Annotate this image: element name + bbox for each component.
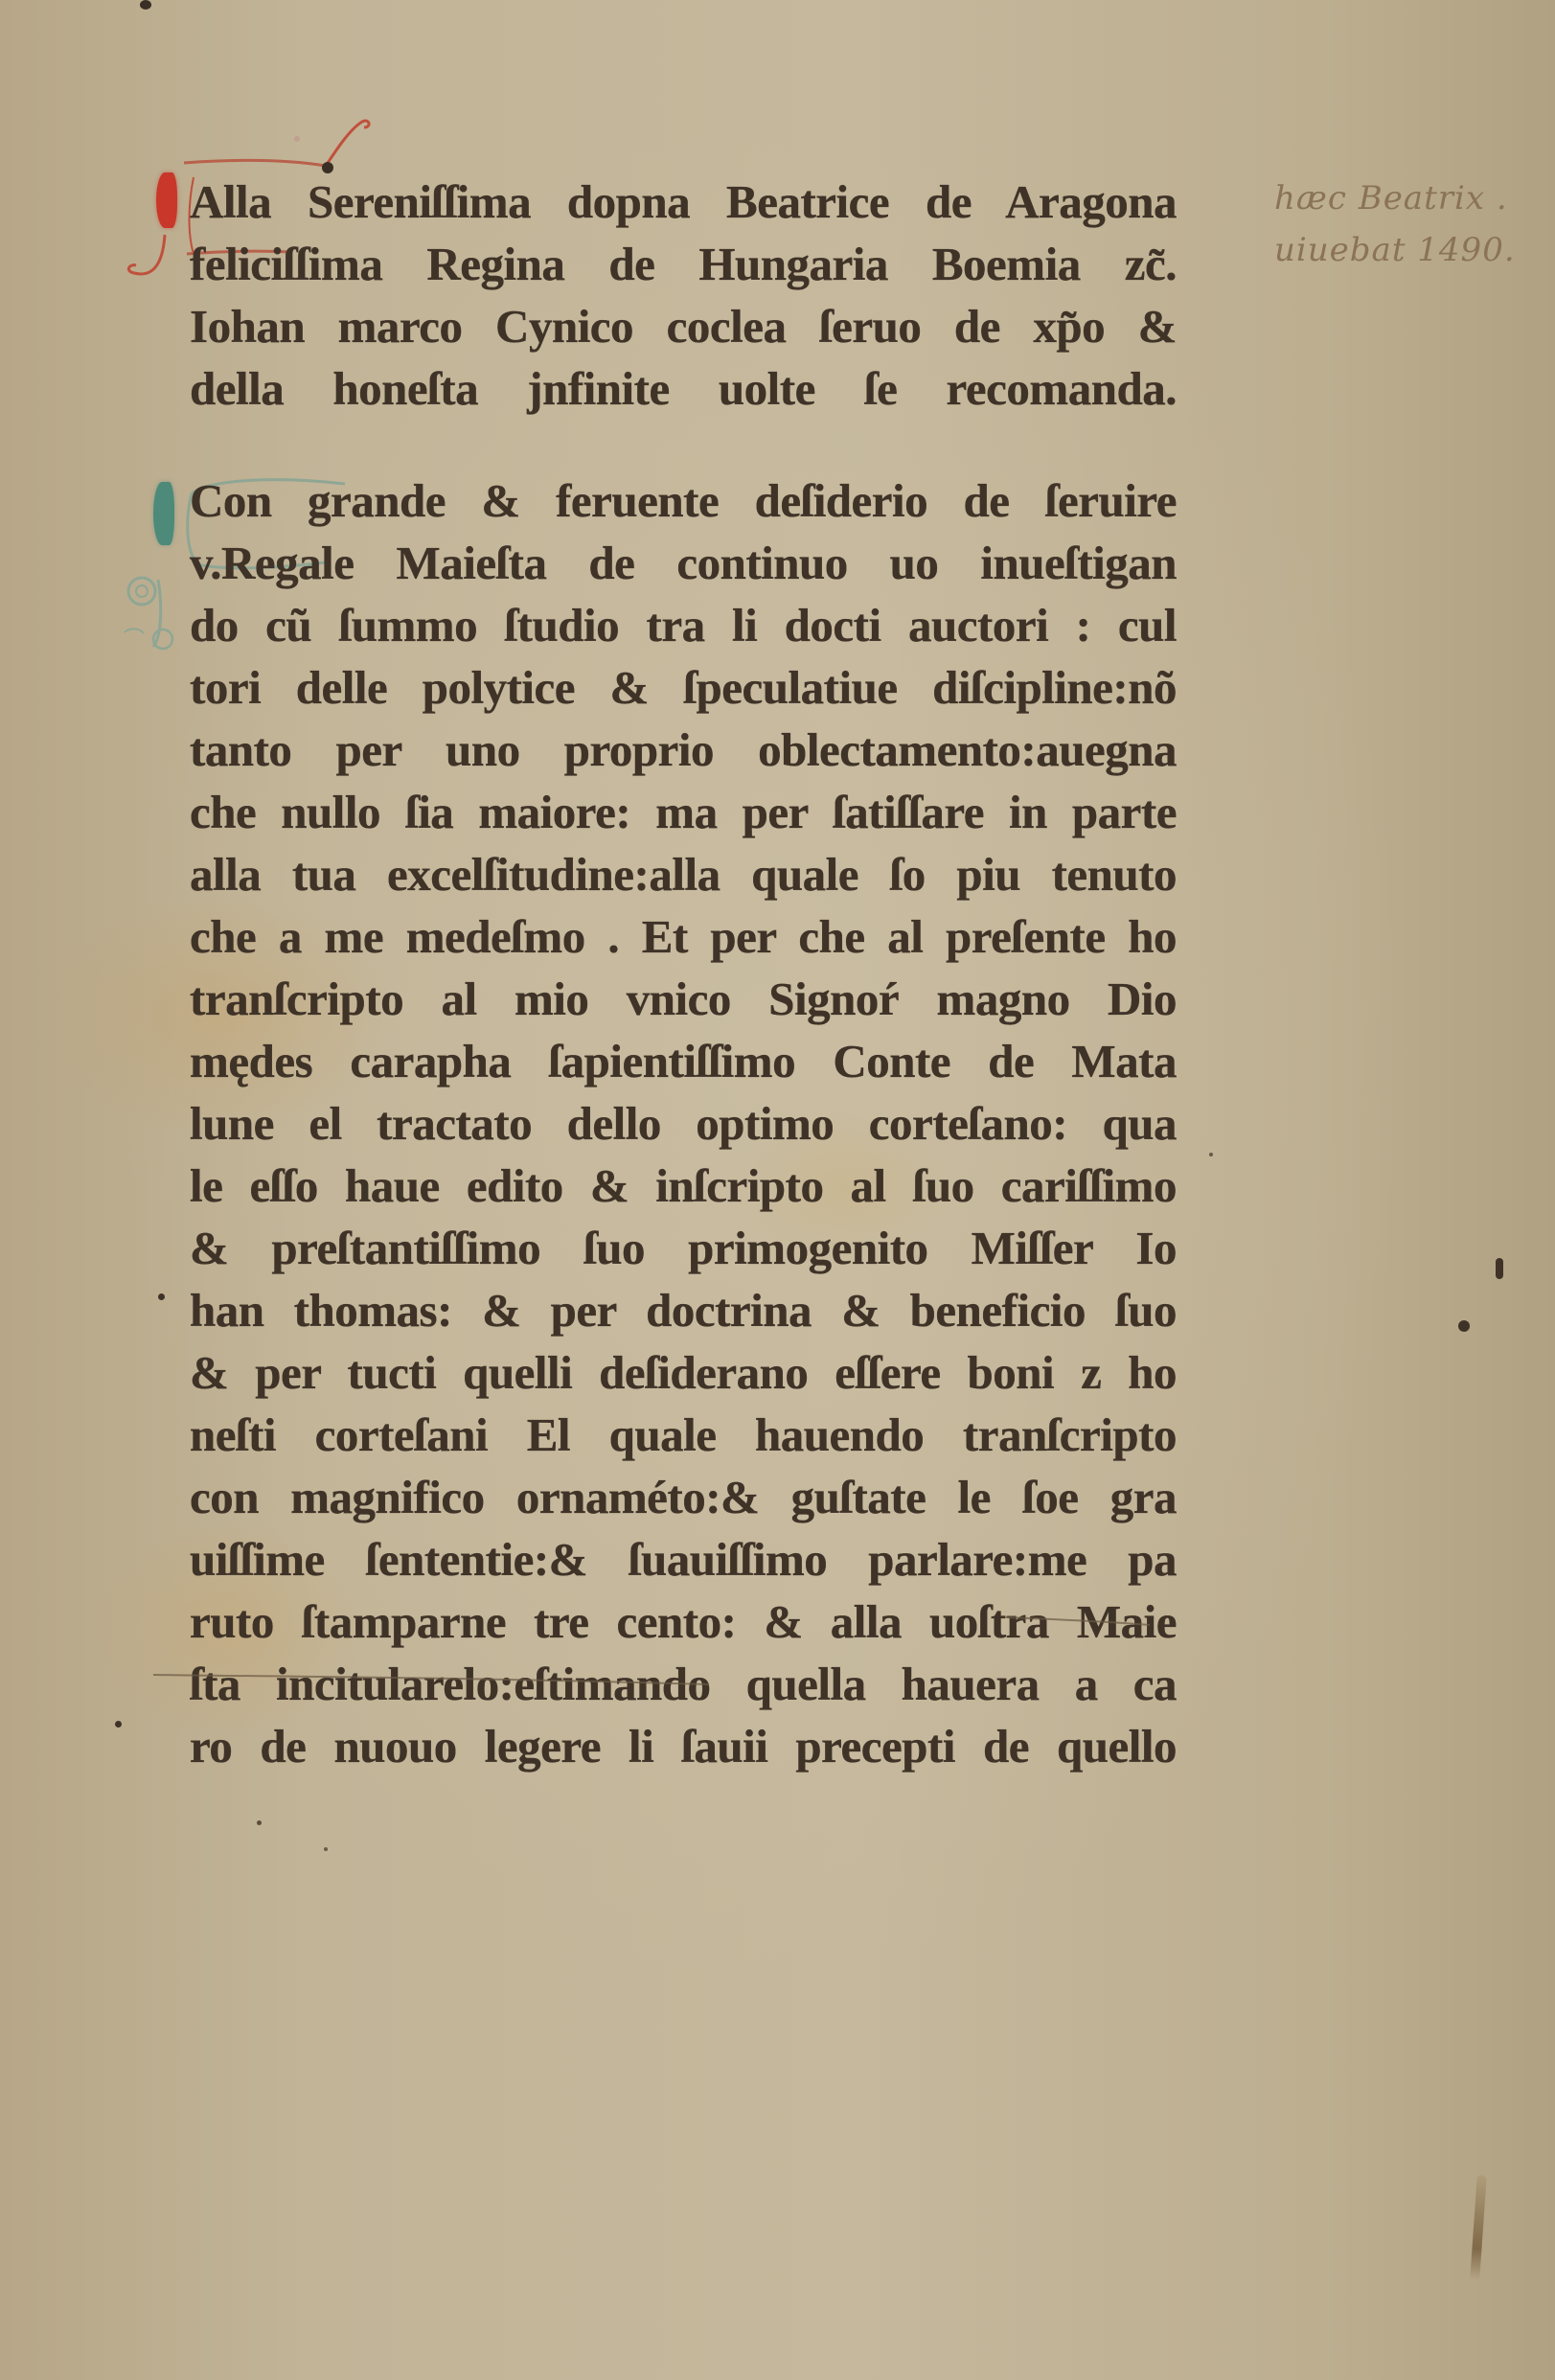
- body-line: le eſſo haue edito & inſcripto al ſuo ca…: [190, 1155, 1177, 1217]
- body-line: tranſcripto al mio vnico Signoŕ magno Di…: [190, 968, 1177, 1030]
- margin-note-line: uiuebat 1490.: [1274, 224, 1555, 276]
- body-line: ſta incitularelo:eſtimando quella hauera…: [190, 1653, 1177, 1715]
- ink-speck: [324, 1847, 328, 1851]
- body-line: che a me medeſmo . Et per che al preſent…: [190, 905, 1177, 968]
- body-line: uiſſime ſententie:& ſuauiſſimo parlare:m…: [190, 1528, 1177, 1590]
- heading-line: Iohan marco Cynico coclea ſeruo de xp̃o …: [190, 295, 1177, 357]
- body-line: tori delle polytice & ſpeculatiue diſcip…: [190, 656, 1177, 719]
- heading-line: della honeſta jnfinite uolte ſe recomand…: [190, 357, 1177, 420]
- body-line: han thomas: & per doctrina & beneficio ſ…: [190, 1279, 1177, 1341]
- ink-speck: [1458, 1320, 1470, 1332]
- body-line: con magnifico ornaméto:& guſtate le ſoe …: [190, 1466, 1177, 1528]
- dedication-heading: Alla Sereniſſima dopna Beatrice de Arago…: [190, 171, 1177, 420]
- body-line: mędes carapha ſapientiſſimo Conte de Mat…: [190, 1030, 1177, 1092]
- body-line: tanto per uno proprio oblectamento:auegn…: [190, 719, 1177, 781]
- manuscript-page: Alla Sereniſſima dopna Beatrice de Arago…: [0, 0, 1555, 2380]
- body-line: lune el tractato dello optimo corteſano:…: [190, 1092, 1177, 1155]
- body-line: alla tua excelſitudine:alla quale ſo piu…: [190, 843, 1177, 905]
- worm-hole: [140, 0, 151, 10]
- red-paraph-icon: [156, 172, 177, 228]
- stain-mark: [1470, 2175, 1487, 2280]
- ink-speck: [1209, 1153, 1213, 1156]
- body-line: ruto ſtamparne tre cento: & alla uoſtra …: [190, 1590, 1177, 1653]
- body-line: do cũ ſummo ſtudio tra li docti auctori …: [190, 594, 1177, 656]
- ink-speck: [115, 1721, 122, 1728]
- body-line: & per tucti quelli deſiderano eſſere bon…: [190, 1341, 1177, 1404]
- heading-line: feliciſſima Regina de Hungaria Boemia zc…: [190, 233, 1177, 295]
- body-line: che nullo ſia maiore: ma per ſatiſſare i…: [190, 781, 1177, 843]
- margin-note-line: hæc Beatrix .: [1274, 172, 1555, 224]
- body-line: v.Regale Maieſta de continuo uo inueſtig…: [190, 532, 1177, 594]
- ink-speck: [1496, 1258, 1503, 1279]
- main-text-column: Alla Sereniſſima dopna Beatrice de Arago…: [190, 171, 1177, 1777]
- body-line: Con grande & feruente deſiderio de ſerui…: [190, 469, 1177, 532]
- body-line: & preſtantiſſimo ſuo primogenito Miſſer …: [190, 1217, 1177, 1279]
- heading-line: Alla Sereniſſima dopna Beatrice de Arago…: [190, 171, 1177, 233]
- body-line: ro de nuouo legere li ſauii precepti de …: [190, 1715, 1177, 1777]
- teal-paraph-icon: [153, 482, 174, 545]
- ink-speck: [257, 1820, 262, 1825]
- ink-speck: [158, 1293, 165, 1300]
- handwritten-margin-note: hæc Beatrix . uiuebat 1490.: [1274, 172, 1555, 276]
- body-line: neſti corteſani El quale hauendo tranſcr…: [190, 1404, 1177, 1466]
- body-paragraph: Con grande & feruente deſiderio de ſerui…: [190, 469, 1177, 1777]
